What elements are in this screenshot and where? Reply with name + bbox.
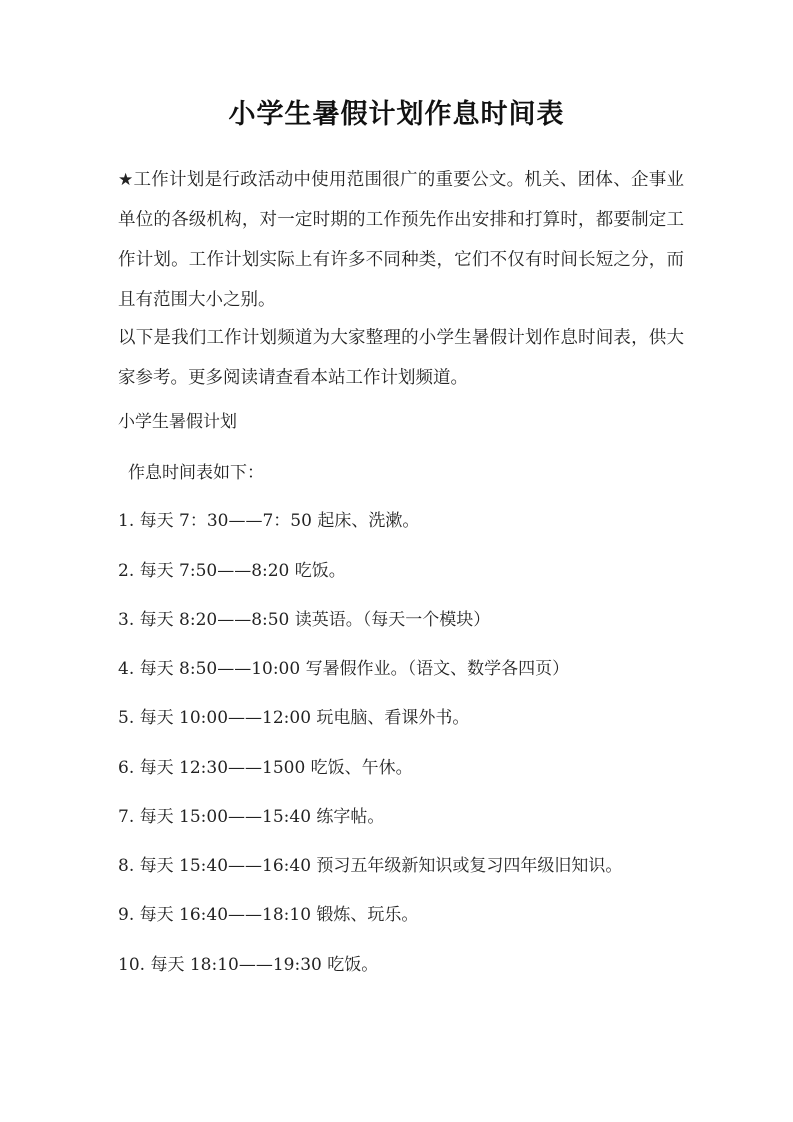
schedule-item: 6. 每天 12:30——1500 吃饭、午休。: [118, 756, 413, 780]
schedule-item: 7. 每天 15:00——15:40 练字帖。: [118, 805, 384, 829]
schedule-item: 8. 每天 15:40——16:40 预习五年级新知识或复习四年级旧知识。: [118, 854, 622, 878]
document-page: 小学生暑假计划作息时间表 ★工作计划是行政活动中使用范围很广的重要公文。机关、团…: [0, 0, 793, 1122]
reference-paragraph: 以下是我们工作计划频道为大家整理的小学生暑假计划作息时间表，供大家参考。更多阅读…: [118, 318, 684, 398]
intro-paragraph: ★工作计划是行政活动中使用范围很广的重要公文。机关、团体、企事业单位的各级机构，…: [118, 160, 684, 320]
schedule-item: 3. 每天 8:20——8:50 读英语。（每天一个模块）: [118, 608, 490, 632]
document-title: 小学生暑假计划作息时间表: [0, 93, 793, 137]
schedule-item: 5. 每天 10:00——12:00 玩电脑、看课外书。: [118, 706, 469, 730]
schedule-item: 1. 每天 7：30——7：50 起床、洗漱。: [118, 509, 419, 533]
schedule-intro: 作息时间表如下：: [128, 461, 264, 485]
schedule-item: 2. 每天 7:50——8:20 吃饭。: [118, 559, 346, 583]
schedule-item: 4. 每天 8:50——10:00 写暑假作业。（语文、数学各四页）: [118, 657, 569, 681]
intro-text: 工作计划是行政活动中使用范围很广的重要公文。机关、团体、企事业单位的各级机构，对…: [118, 170, 684, 310]
subheading: 小学生暑假计划: [118, 410, 237, 434]
schedule-item: 9. 每天 16:40——18:10 锻炼、玩乐。: [118, 903, 418, 927]
schedule-item: 10. 每天 18:10——19:30 吃饭。: [118, 953, 378, 977]
star-icon: ★: [118, 170, 134, 190]
